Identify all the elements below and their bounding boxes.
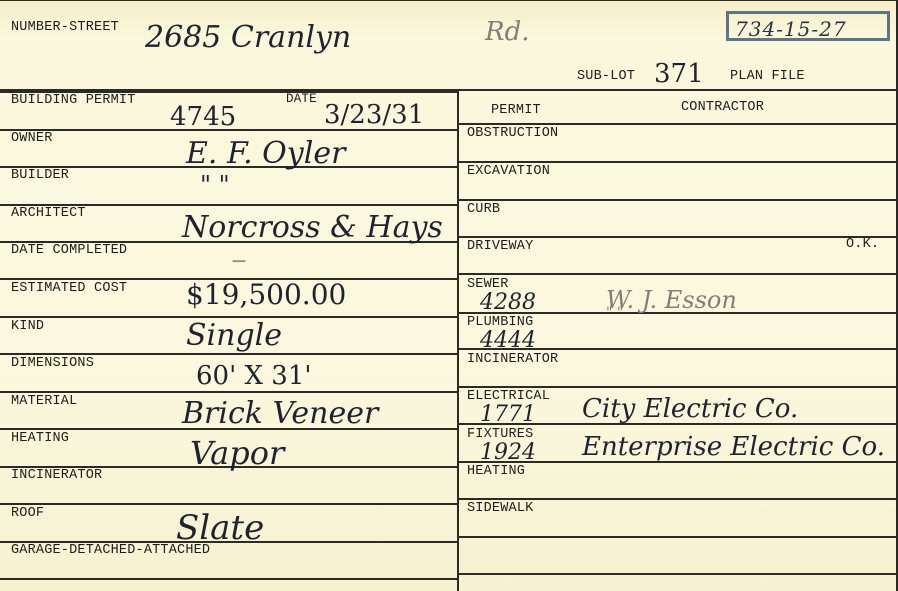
field-label-building-permit: BUILDING PERMIT (11, 94, 136, 108)
field-label-builder: BUILDER (11, 169, 69, 183)
file-number: 734-15-27 (735, 17, 847, 41)
sub-lot-value: 371 (654, 61, 704, 87)
rule-line (458, 236, 898, 238)
rule-line (458, 199, 898, 201)
permit-label-sidewalk: SIDEWALK (467, 502, 533, 516)
rule-line (458, 498, 898, 500)
file-number-stamp: 734-15-27 (726, 11, 890, 41)
contractor-sewer: W. J. Esson (606, 288, 737, 312)
date-label: DATE (286, 93, 317, 106)
field-label-incinerator: INCINERATOR (11, 469, 102, 483)
rule-line (458, 123, 898, 125)
contractor-header: CONTRACTOR (681, 101, 764, 115)
permit-number-plumbing: 4444 (480, 330, 536, 352)
field-value-date-completed: — (232, 254, 246, 268)
permit-number-electrical: 1771 (480, 404, 536, 426)
rule-line (0, 503, 458, 505)
street-suffix: Rd. (485, 19, 529, 45)
sub-lot-label: SUB-LOT (577, 70, 635, 84)
field-label-estimated-cost: ESTIMATED COST (11, 282, 127, 296)
permit-number-fixtures: 1924 (480, 442, 536, 464)
rule-line (0, 391, 458, 393)
field-label-heating: HEATING (11, 432, 69, 446)
permit-number-sewer: 4288 (480, 292, 536, 314)
header-rule (0, 89, 898, 91)
permit-label-incinerator: INCINERATOR (467, 353, 558, 367)
field-value-roof: Slate (176, 511, 264, 545)
field-value-owner: E. F. Oyler (186, 139, 345, 169)
permit-label-heating: HEATING (467, 465, 525, 479)
rule-line (458, 161, 898, 163)
field-value-estimated-cost: $19,500.00 (186, 281, 346, 309)
field-value-material: Brick Veneer (182, 399, 378, 429)
date-value: 3/23/31 (324, 102, 424, 128)
contractor-electrical: City Electric Co. (582, 396, 798, 422)
permit-label-curb: CURB (467, 203, 500, 217)
permit-label-driveway: DRIVEWAY (467, 240, 533, 254)
field-label-architect: ARCHITECT (11, 207, 86, 221)
rule-line (458, 273, 898, 275)
field-label-material: MATERIAL (11, 395, 77, 409)
number-street-label: NUMBER-STREET (11, 21, 119, 35)
column-divider (457, 91, 459, 590)
field-value-building-permit: 4745 (170, 104, 236, 130)
contractor-plumbing: " " (606, 306, 623, 320)
contractor-fixtures: Enterprise Electric Co. (582, 434, 885, 460)
field-label-date-completed: DATE COMPLETED (11, 244, 127, 258)
field-label-roof: ROOF (11, 507, 44, 521)
field-value-kind: Single (186, 321, 282, 351)
rule-line (458, 386, 898, 388)
field-value-architect: Norcross & Hays (182, 213, 443, 243)
field-value-builder: " " (200, 173, 230, 197)
rule-line (458, 573, 898, 575)
field-label-garage-detached-attached: GARAGE-DETACHED-ATTACHED (11, 544, 210, 558)
plan-file-label: PLAN FILE (730, 70, 805, 84)
field-value-dimensions: 60' X 31' (196, 363, 312, 389)
field-label-owner: OWNER (11, 132, 53, 146)
field-value-heating: Vapor (190, 437, 284, 469)
permit-label-obstruction: OBSTRUCTION (467, 127, 558, 141)
number-street-value: 2685 Cranlyn (145, 23, 351, 53)
field-label-kind: KIND (11, 320, 44, 334)
rule-line (458, 536, 898, 538)
permit-label-excavation: EXCAVATION (467, 165, 550, 179)
note-driveway: O.K. (846, 238, 879, 252)
building-permit-card: NUMBER-STREET 2685 Cranlyn Rd. 734-15-27… (0, 0, 898, 590)
rule-line (0, 578, 458, 580)
permit-header: PERMIT (491, 104, 541, 118)
rule-line (0, 353, 458, 355)
field-label-dimensions: DIMENSIONS (11, 357, 94, 371)
